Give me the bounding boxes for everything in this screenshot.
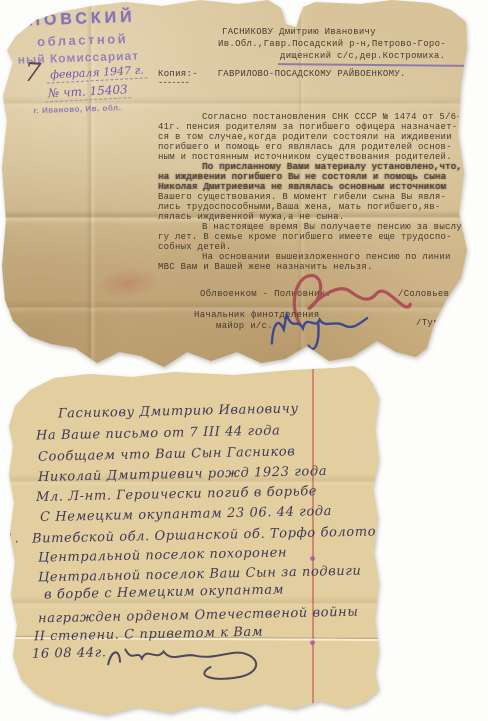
copy-line: Копия:- ГАВРИЛОВО-ПОСАДСКОМУ РАЙВОЕНКОМУ… xyxy=(158,69,406,79)
handwritten-date: 16 08 44г. xyxy=(32,645,107,662)
stamp-line: областной xyxy=(37,31,128,49)
typed-line: Согласно постановления СНК СССР № 1474 о… xyxy=(158,112,470,122)
copy-addressee: ГАВРИЛОВО-ПОСАДСКОМУ РАЙВОЕНКОМУ. xyxy=(218,69,406,79)
handwritten-line: Гасникову Дмитрию Ивановичу xyxy=(58,401,299,421)
ink-dot xyxy=(310,556,315,561)
typed-line: Вашего существования. В момент гибели сы… xyxy=(158,192,470,202)
typed-line: 41г. пенсия родителям за погибшего офице… xyxy=(158,122,470,132)
typed-line: На основании вышеизложенного пенсию по л… xyxy=(158,252,470,262)
handwritten-line: Сообщаем что Ваш Сын Гасников xyxy=(38,444,296,464)
typed-line: ся в том случае,когда родители состояли … xyxy=(158,132,470,142)
bottom-note-sheet: 1. Гасникову Дмитрию Ивановичу На Ваше п… xyxy=(2,366,392,721)
typed-line: Николая Дмитриевича не являлась основным… xyxy=(158,182,470,192)
recipient-name-line: ГАСНИКОВУ Дмитрию Ивановичу xyxy=(222,27,376,37)
handwritten-line: Центральной поселок похоронен xyxy=(38,545,287,565)
red-stamp-smudge xyxy=(94,264,162,303)
handwritten-line: С Немецким окупантам 23 06. 44 года xyxy=(40,504,332,525)
military-commissariat-stamp: НОВСКИЙ областной ный Комиссариат 7 февр… xyxy=(6,5,186,11)
typed-line: лись трудоспособными,Ваша жена, мать пог… xyxy=(158,202,470,212)
typed-line: По присланному Вами материалу установлен… xyxy=(158,162,470,172)
copy-underscore-dashes: ------- xyxy=(158,78,189,88)
stamp-city-line: г. Иваново, Ив. обл. xyxy=(33,103,121,115)
purple-underline xyxy=(278,63,466,67)
document-scan: НОВСКИЙ областной ный Комиссариат 7 февр… xyxy=(0,0,488,721)
bottom-note-paper: 1. Гасникову Дмитрию Ивановичу На Ваше п… xyxy=(2,366,392,721)
handwritten-seven: 7 xyxy=(23,58,42,89)
typed-line: гу лет. В семье кроме погибшего имеете е… xyxy=(158,232,470,242)
typed-line: ным и постоянным источником существовани… xyxy=(158,152,470,162)
ink-dot xyxy=(310,640,315,645)
stamp-handwritten-date: февраля 1947 г. xyxy=(46,63,148,83)
stamp-line: НОВСКИЙ xyxy=(28,9,136,31)
typed-line: собных детей. xyxy=(158,242,470,252)
typed-line: В настоящее время Вы получаете пенсию за… xyxy=(158,222,470,232)
top-letter-sheet: НОВСКИЙ областной ный Комиссариат 7 февр… xyxy=(0,0,472,374)
typed-line: лялась иждивенкой мужа,а не сына. xyxy=(158,212,470,222)
handwritten-line: На Ваше письмо от 7 III 44 года xyxy=(36,423,281,443)
recipient-address-line: Ив.Обл.,Гавр.Посадский р-н,Петрово-Горо- xyxy=(218,39,446,49)
typed-line: погибшего и помощь его являлась для роди… xyxy=(158,142,470,152)
typed-line: на иждивении погибшего Вы не состояли и … xyxy=(158,172,470,182)
letter-body: Согласно постановления СНК СССР № 1474 о… xyxy=(158,112,470,272)
top-letter-paper: НОВСКИЙ областной ный Комиссариат 7 февр… xyxy=(0,0,472,374)
recipient-address-line: дищенский с/с,дер.Костромиха. xyxy=(280,51,445,61)
sender-autograph xyxy=(101,629,283,688)
margin-mark: 1. xyxy=(5,531,19,548)
handwritten-line: Витебской обл. Оршанской об. Торфо болот… xyxy=(32,524,376,546)
red-margin-line xyxy=(312,366,314,721)
signatory2-name-fragment: /Тугэд xyxy=(416,318,450,328)
